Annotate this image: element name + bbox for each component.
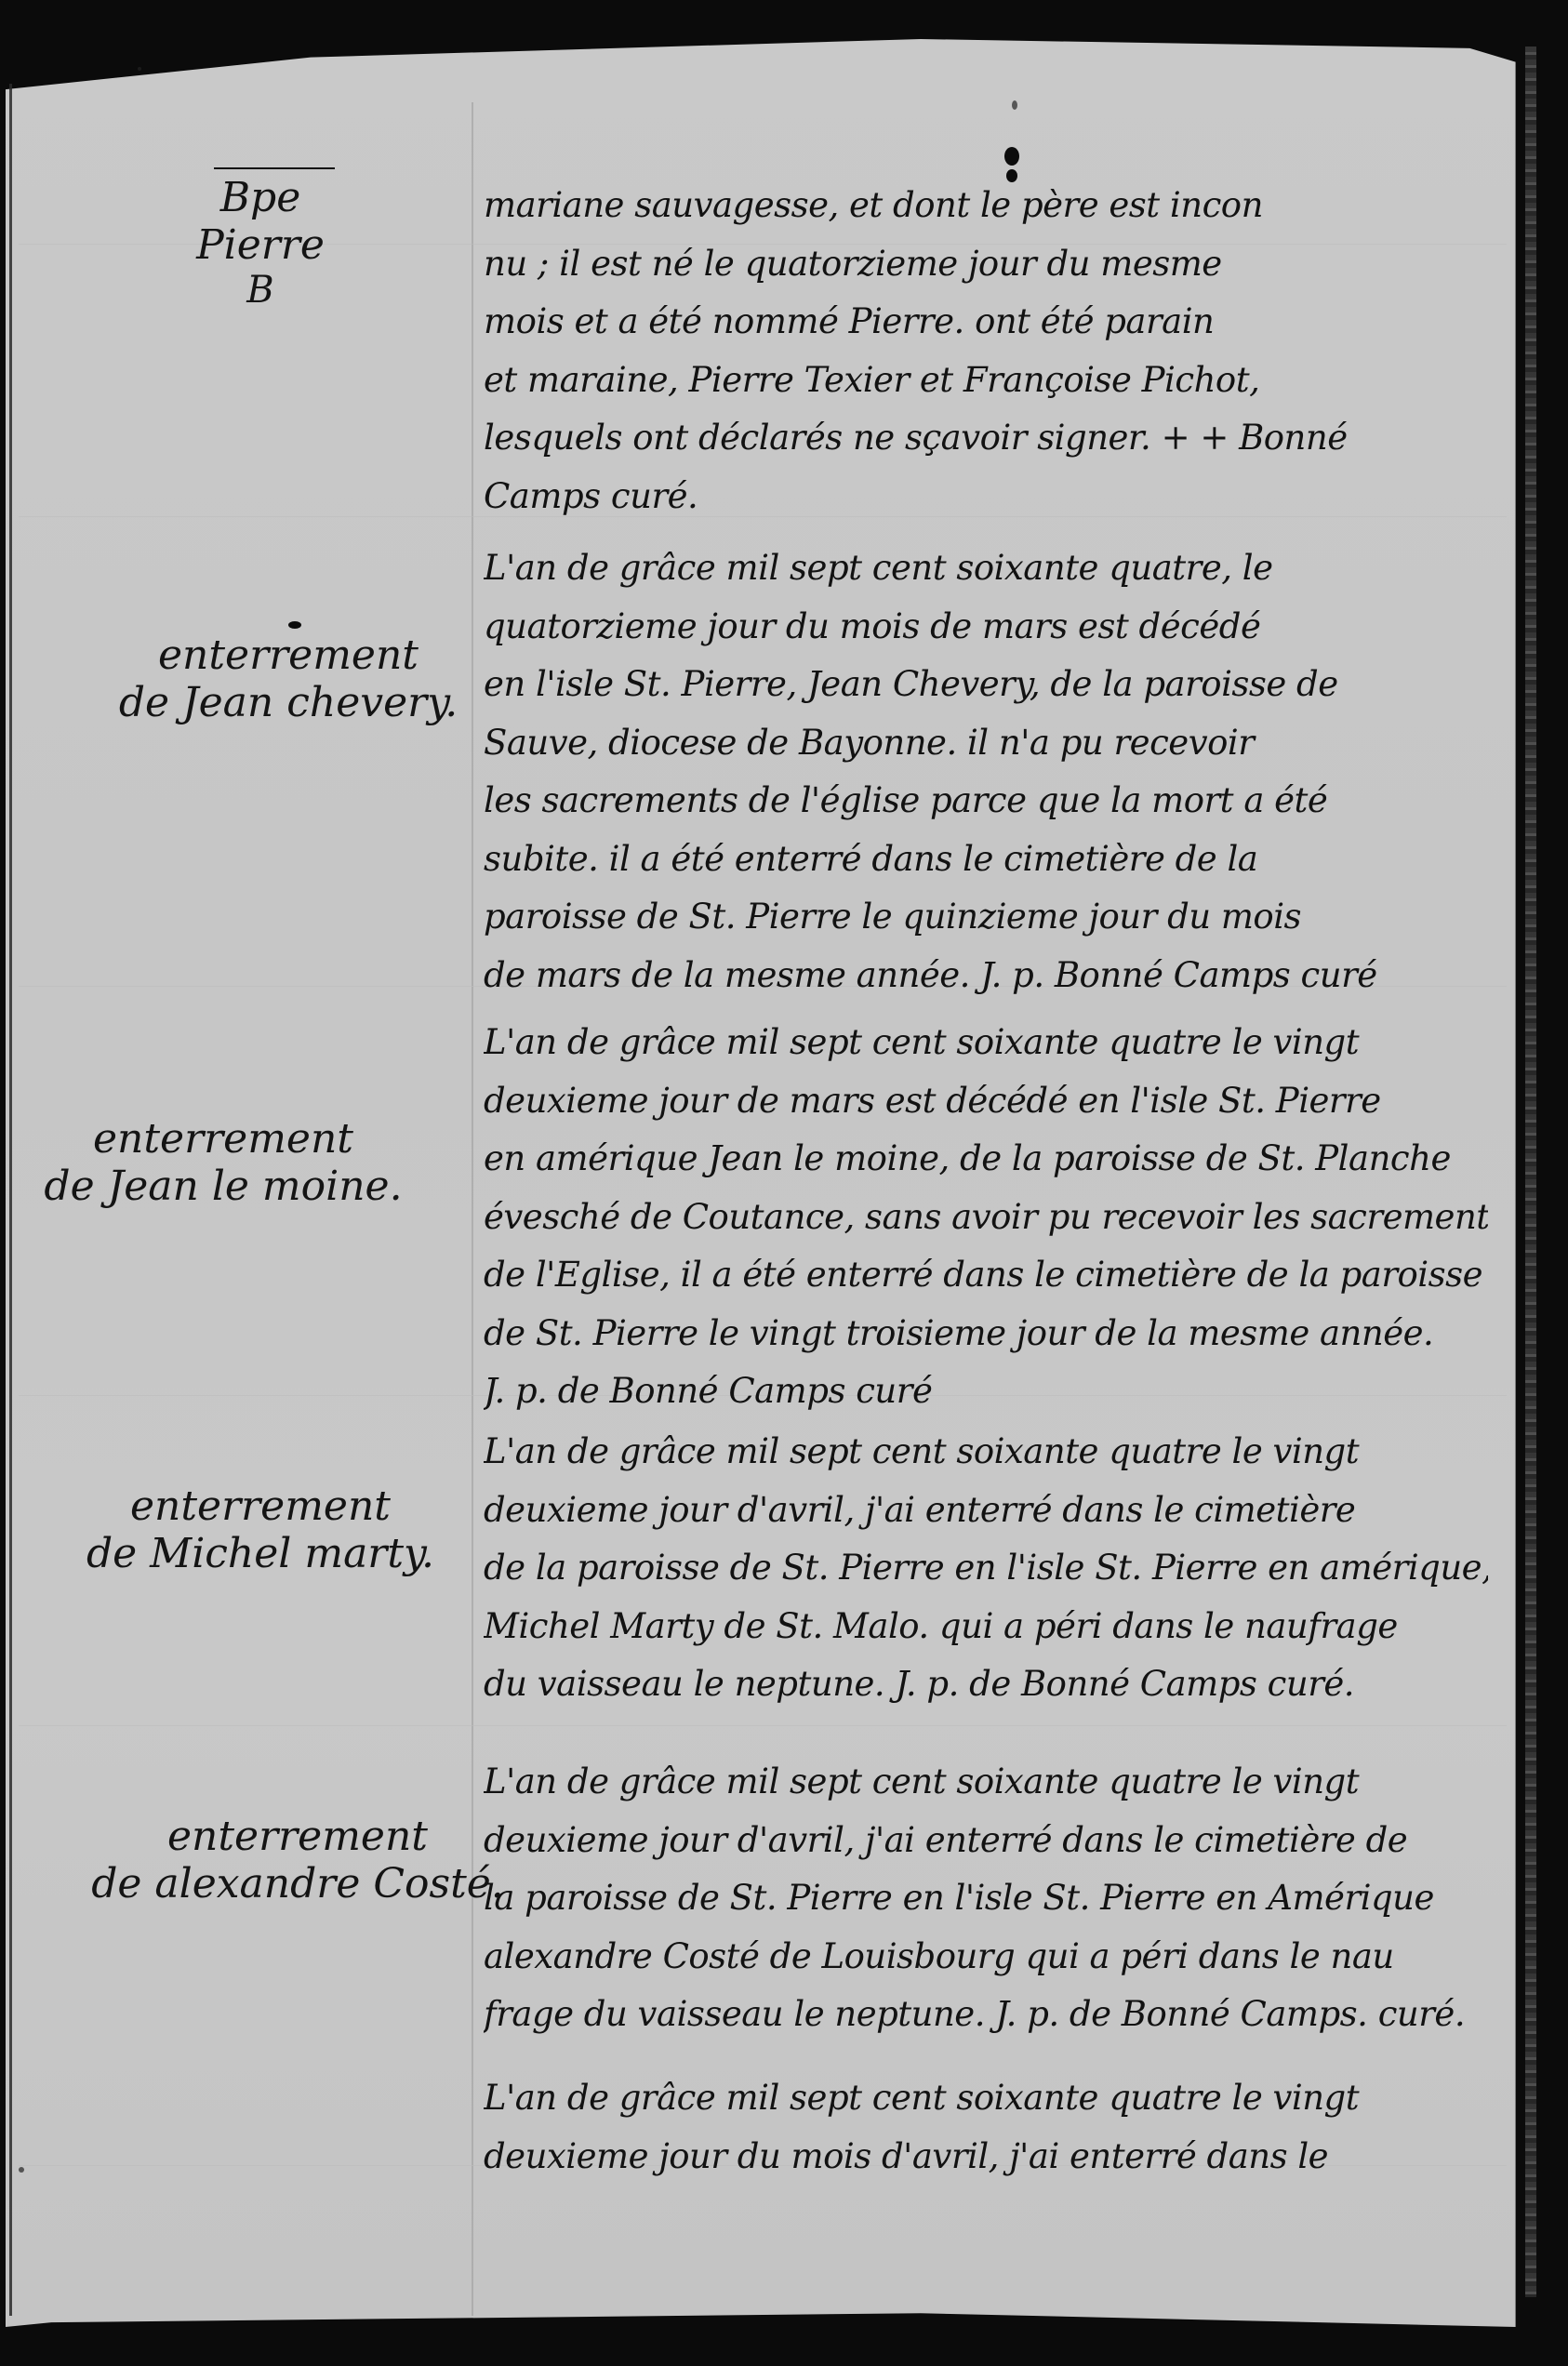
entry-line: quatorzieme jour du mois de mars est déc… (484, 598, 1488, 657)
entry-line: de l'Eglise, il a été enterré dans le ci… (484, 1246, 1488, 1305)
entry-line: L'an de grâce mil sept cent soixante qua… (484, 1423, 1488, 1482)
margin-note-line: B (167, 269, 353, 312)
entry-line: Camps curé. (484, 468, 1488, 526)
entry-line: de mars de la mesme année. J. p. Bonné C… (484, 947, 1488, 1005)
dust-speck (19, 2167, 24, 2173)
register-entry-burial-coste: L'an de grâce mil sept cent soixante qua… (484, 1753, 1488, 2044)
margin-note-baptism-pierre: Bpe Pierre B (167, 167, 353, 312)
margin-note-line: de alexandre Costé. (37, 1861, 558, 1908)
entry-line: la paroisse de St. Pierre en l'isle St. … (484, 1869, 1488, 1928)
entry-line: paroisse de St. Pierre le quinzieme jour… (484, 888, 1488, 947)
entry-line: L'an de grâce mil sept cent soixante qua… (484, 1014, 1488, 1072)
entry-line: de St. Pierre le vingt troisieme jour de… (484, 1305, 1488, 1363)
entry-line: L'an de grâce mil sept cent soixante qua… (484, 2069, 1488, 2128)
entry-line: du vaisseau le neptune. J. p. de Bonné C… (484, 1655, 1488, 1714)
margin-note-line: enterrement (37, 1814, 558, 1861)
register-entry-baptism-pierre: mariane sauvagesse, et dont le père est … (484, 177, 1488, 525)
entry-line: deuxieme jour du mois d'avril, j'ai ente… (484, 2128, 1488, 2187)
margin-note-line: enterrement (93, 632, 484, 680)
overline-stroke (214, 167, 335, 169)
margin-note-line: Pierre (167, 222, 353, 270)
register-entry-burial-marty: L'an de grâce mil sept cent soixante qua… (484, 1423, 1488, 1714)
entry-line: alexandre Costé de Louisbourg qui a péri… (484, 1928, 1488, 1987)
margin-note-line: de Jean le moine. (37, 1163, 409, 1211)
margin-note-line: de Michel marty. (47, 1531, 474, 1578)
margin-note-burial-marty: enterrement de Michel marty. (47, 1483, 474, 1577)
entry-line: frage du vaisseau le neptune. J. p. de B… (484, 1986, 1488, 2044)
ledger-line (19, 1725, 1507, 1726)
entry-line: L'an de grâce mil sept cent soixante qua… (484, 1753, 1488, 1812)
entry-line: deuxieme jour d'avril, j'ai enterré dans… (484, 1482, 1488, 1540)
entry-line: Michel Marty de St. Malo. qui a péri dan… (484, 1598, 1488, 1656)
register-entry-burial-lemoine: L'an de grâce mil sept cent soixante qua… (484, 1014, 1488, 1421)
entry-line: Sauve, diocese de Bayonne. il n'a pu rec… (484, 714, 1488, 773)
entry-line: en l'isle St. Pierre, Jean Chevery, de l… (484, 656, 1488, 714)
dust-speck (138, 67, 141, 71)
margin-note-burial-chevery: enterrement de Jean chevery. (93, 632, 484, 726)
margin-note-burial-lemoine: enterrement de Jean le moine. (37, 1116, 409, 1210)
margin-note-line: Bpe (167, 175, 353, 222)
entry-line: deuxieme jour d'avril, j'ai enterré dans… (484, 1812, 1488, 1870)
register-entry-burial-continued: L'an de grâce mil sept cent soixante qua… (484, 2069, 1488, 2186)
margin-note-line: de Jean chevery. (93, 680, 484, 727)
entry-line: de la paroisse de St. Pierre en l'isle S… (484, 1539, 1488, 1598)
entry-line: L'an de grâce mil sept cent soixante qua… (484, 539, 1488, 598)
ink-blot (1004, 147, 1019, 166)
margin-note-line: enterrement (37, 1116, 409, 1163)
margin-note-burial-coste: enterrement de alexandre Costé. (37, 1814, 558, 1907)
register-entry-burial-chevery: L'an de grâce mil sept cent soixante qua… (484, 539, 1488, 1004)
entry-line: deuxieme jour de mars est décédé en l'is… (484, 1072, 1488, 1131)
entry-line: lesquels ont déclarés ne sçavoir signer.… (484, 409, 1488, 468)
entry-line: en amérique Jean le moine, de la paroiss… (484, 1130, 1488, 1189)
entry-line: mariane sauvagesse, et dont le père est … (484, 177, 1488, 235)
ink-blot (1012, 100, 1017, 110)
page-stack-edge (1525, 47, 1536, 2297)
column-divider-rule (472, 102, 473, 2316)
entry-line: nu ; il est né le quatorzieme jour du me… (484, 235, 1488, 294)
entry-line: subite. il a été enterré dans le cimetiè… (484, 831, 1488, 889)
margin-note-line: enterrement (47, 1483, 474, 1531)
entry-line: et maraine, Pierre Texier et Françoise P… (484, 352, 1488, 410)
entry-line: mois et a été nommé Pierre. ont été para… (484, 293, 1488, 352)
ink-blot (288, 621, 301, 629)
left-margin-rule (9, 84, 12, 2316)
entry-line: les sacrements de l'église parce que la … (484, 772, 1488, 831)
entry-line: évesché de Coutance, sans avoir pu recev… (484, 1189, 1488, 1247)
entry-line: J. p. de Bonné Camps curé (484, 1362, 1488, 1421)
